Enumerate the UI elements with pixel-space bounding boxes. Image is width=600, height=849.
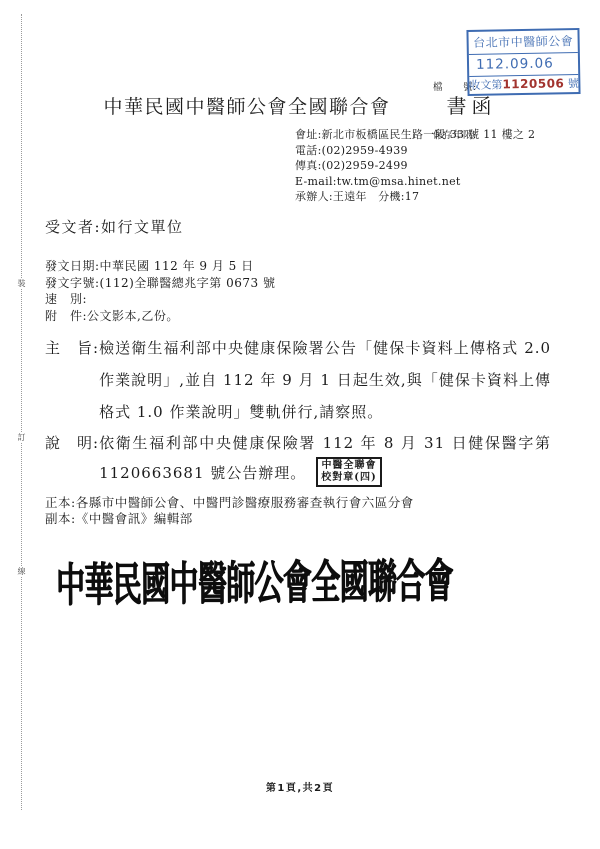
document-page: 裝 訂 線 檔 號: 保存年限: 台北市中醫師公會 112.09.06 收文第1… bbox=[0, 0, 600, 849]
contact-handler: 承辦人:王遠年 分機:17 bbox=[295, 189, 535, 205]
explanation-section: 說 明: 依衛生福利部中央健康保險署 112 年 8 月 31 日健保醫字第 1… bbox=[45, 428, 551, 489]
attachment-line: 附 件:公文影本,乙份。 bbox=[45, 308, 275, 325]
proofread-stamp-line2: 校對章(四) bbox=[321, 472, 376, 484]
issue-date-line: 發文日期:中華民國 112 年 9 月 5 日 bbox=[45, 258, 275, 275]
meta-block: 發文日期:中華民國 112 年 9 月 5 日 發文字號:(112)全聯醫總兆字… bbox=[45, 258, 275, 324]
page-footer: 第1頁,共2頁 bbox=[0, 779, 600, 794]
proofread-stamp: 中醫全聯會校對章(四) bbox=[316, 457, 381, 487]
subject-label: 主 旨: bbox=[45, 332, 99, 364]
proofread-stamp-line1: 中醫全聯會 bbox=[321, 460, 376, 472]
received-stamp: 台北市中醫師公會 112.09.06 收文第1120506 號 bbox=[466, 28, 580, 96]
stamp-org-name: 台北市中醫師公會 bbox=[468, 30, 577, 55]
binding-mark-zhuang: 裝 bbox=[16, 279, 27, 288]
original-recipients-line: 正本:各縣市中醫師公會、中醫門診醫療服務審查執行會六區分會 bbox=[45, 495, 414, 511]
speed-line: 速 別: bbox=[45, 291, 275, 308]
subject-text: 檢送衛生福利部中央健康保險署公告「健保卡資料上傳格式 2.0 作業說明」,並自 … bbox=[99, 332, 551, 428]
binding-mark-xian: 線 bbox=[16, 567, 27, 576]
stamp-date: 112.09.06 bbox=[469, 53, 578, 76]
recipient-line: 受文者:如行文單位 bbox=[45, 216, 184, 237]
org-seal-text: 中華民國中醫師公會全國聯合會 bbox=[56, 545, 453, 615]
binding-mark-ding: 訂 bbox=[16, 433, 27, 442]
contact-address: 會址:新北市板橋區民生路一段 33 號 11 樓之 2 bbox=[295, 127, 535, 143]
contact-block: 會址:新北市板橋區民生路一段 33 號 11 樓之 2 電話:(02)2959-… bbox=[295, 127, 535, 205]
copy-recipients-line: 副本:《中醫會訊》編輯部 bbox=[45, 511, 414, 527]
document-title: 中華民國中醫師公會全國聯合會 書函 bbox=[0, 90, 600, 119]
explanation-text-wrap: 依衛生福利部中央健康保險署 112 年 8 月 31 日健保醫字第 112066… bbox=[99, 428, 551, 489]
stamp-recv-suffix: 號 bbox=[568, 77, 579, 90]
subject-section: 主 旨: 檢送衛生福利部中央健康保險署公告「健保卡資料上傳格式 2.0 作業說明… bbox=[45, 332, 551, 428]
copies-block: 正本:各縣市中醫師公會、中醫門診醫療服務審查執行會六區分會 副本:《中醫會訊》編… bbox=[45, 495, 414, 527]
contact-fax: 傳真:(02)2959-2499 bbox=[295, 158, 535, 174]
binding-dotted-line bbox=[21, 14, 22, 810]
contact-email: E-mail:tw.tm@msa.hinet.net bbox=[295, 174, 535, 190]
title-doc-type: 書函 bbox=[447, 90, 497, 119]
explanation-label: 說 明: bbox=[45, 428, 99, 458]
issue-number-line: 發文字號:(112)全聯醫總兆字第 0673 號 bbox=[45, 275, 275, 292]
contact-phone: 電話:(02)2959-4939 bbox=[295, 143, 535, 159]
title-org-name: 中華民國中醫師公會全國聯合會 bbox=[103, 92, 390, 119]
